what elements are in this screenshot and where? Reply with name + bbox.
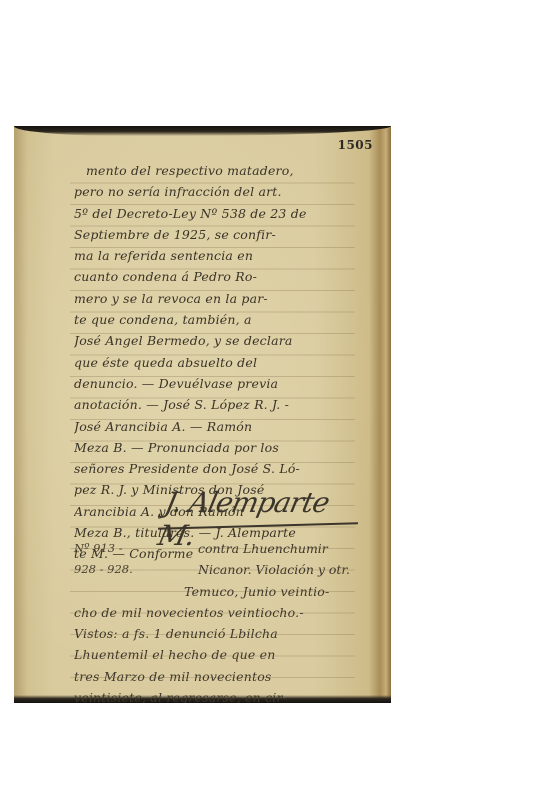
text-line: denuncio. — Devuélvase previa — [74, 373, 364, 394]
page-number: 1505 — [338, 138, 373, 152]
margin-case-number: Nº 913 - 928 - 928. — [74, 538, 149, 581]
text-line: mero y se la revoca en la par- — [74, 288, 364, 309]
text-line: cuanto condena á Pedro Ro- — [74, 266, 364, 287]
margin-note-line: Nº 913 - — [74, 538, 149, 559]
text-line: José Angel Bermedo, y se declara — [74, 330, 364, 351]
ledger-page: 1505 mento del respectivo matadero, pero… — [14, 126, 391, 703]
text-line: 5º del Decreto-Ley Nº 538 de 23 de — [74, 203, 364, 224]
text-line: Temuco, Junio veintio- — [74, 581, 364, 602]
text-line: cho de mil novecientos veintiocho.- — [74, 602, 364, 623]
text-line: anotación. — José S. López R. J. - — [74, 394, 364, 415]
next-entry: Nº 913 - 928 - 928. contra Lhuenchumir N… — [74, 538, 364, 703]
page-top-binding-edge — [14, 126, 391, 136]
text-line: señores Presidente don José S. Ló- — [74, 458, 364, 479]
signature: J. Alemparte M. — [150, 478, 360, 532]
text-line: ma la referida sentencia en — [74, 245, 364, 266]
text-line: José Arancibia A. — Ramón — [74, 416, 364, 437]
case-heading-line: Nicanor. Violación y otr. — [198, 559, 364, 580]
case-heading-line: contra Lhuenchumir — [198, 538, 364, 559]
text-line: Septiembre de 1925, se confir- — [74, 224, 364, 245]
entry-body: Temuco, Junio veintio- cho de mil noveci… — [74, 581, 364, 703]
text-line: Lhuentemil el hecho de que en — [74, 644, 364, 665]
margin-note-line: 928 - 928. — [74, 559, 149, 580]
text-line: Meza B. — Pronunciada por los — [74, 437, 364, 458]
text-line: te que condena, también, a — [74, 309, 364, 330]
text-line: tres Marzo de mil novecientos — [74, 666, 364, 687]
text-line: mento del respectivo matadero, — [74, 160, 364, 181]
text-line: que éste queda absuelto del — [74, 352, 364, 373]
text-line: Vistos: a fs. 1 denunció Lbilcha — [74, 623, 364, 644]
text-line: veintisiete, al regresarse, en cir- — [74, 687, 364, 703]
text-line: pero no sería infracción del art. — [74, 181, 364, 202]
